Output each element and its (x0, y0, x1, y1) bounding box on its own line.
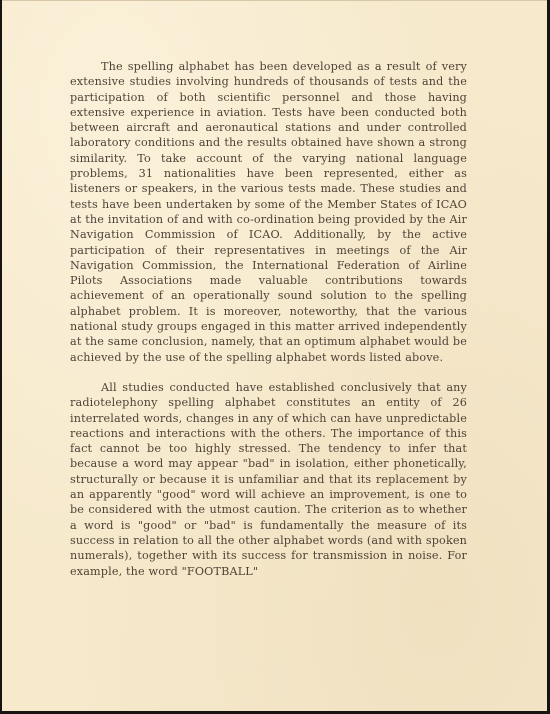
paragraph-development-studies: The spelling alphabet has been developed… (70, 59, 467, 365)
body-text: The spelling alphabet has been developed… (70, 59, 467, 579)
document-page: The spelling alphabet has been developed… (2, 0, 547, 711)
paragraph-alphabet-entity: All studies conducted have established c… (70, 380, 467, 579)
